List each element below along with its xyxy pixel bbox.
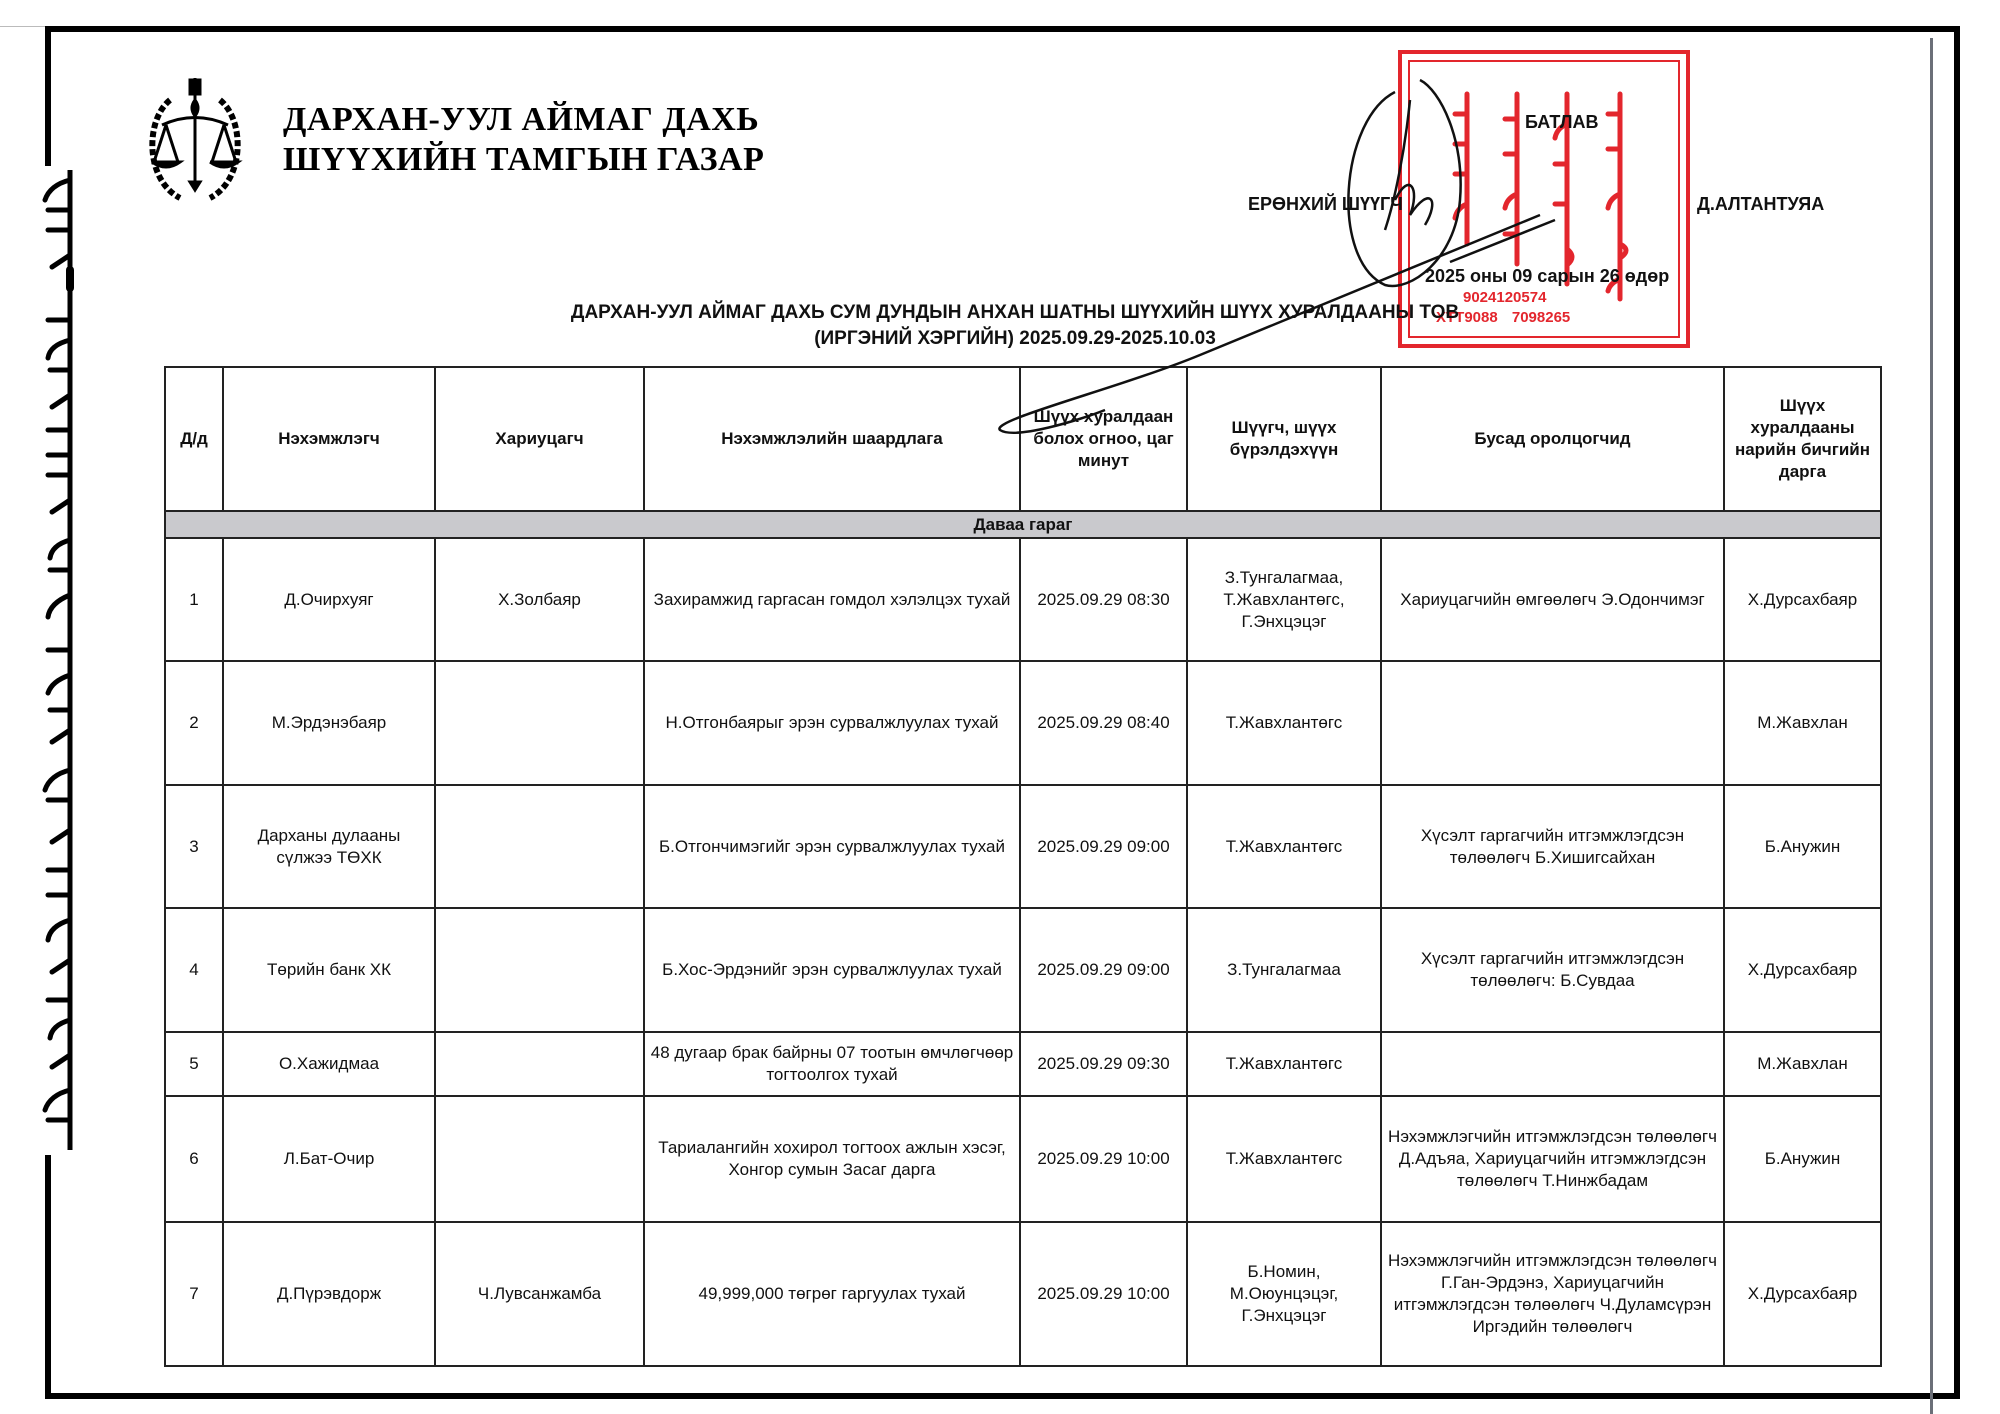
row-number: 1 bbox=[165, 538, 223, 661]
secretary-cell: М.Жавхлан bbox=[1724, 1032, 1881, 1096]
secretary-cell: Б.Анужин bbox=[1724, 785, 1881, 908]
row-number: 5 bbox=[165, 1032, 223, 1096]
defendant-cell bbox=[435, 785, 644, 908]
hearing-datetime-cell: 2025.09.29 10:00 bbox=[1020, 1096, 1187, 1222]
plaintiff-cell: Дарханы дулааны сүлжээ ТӨХК bbox=[223, 785, 435, 908]
claim-cell: Б.Хос-Эрдэнийг эрэн сурвалжлуулах тухай bbox=[644, 908, 1020, 1032]
row-number: 2 bbox=[165, 661, 223, 785]
frame-border-left-lower bbox=[45, 1155, 51, 1399]
judges-cell: З.Тунгалагмаа, Т.Жавхлантөгс, Г.Энхцэцэг bbox=[1187, 538, 1381, 661]
defendant-cell: Ч.Лувсанжамба bbox=[435, 1222, 644, 1366]
organization-name-line2: ШҮҮХИЙН ТАМГЫН ГАЗАР bbox=[283, 140, 764, 180]
other-participants-cell: Нэхэмжлэгчийн итгэмжлэгдсэн төлөөлөгч Г.… bbox=[1381, 1222, 1724, 1366]
judges-cell: Б.Номин, М.Оюунцэцэг, Г.Энхцэцэг bbox=[1187, 1222, 1381, 1366]
frame-border-right bbox=[1954, 26, 1960, 1399]
hearing-datetime-cell: 2025.09.29 10:00 bbox=[1020, 1222, 1187, 1366]
other-participants-cell: Хариуцагчийн өмгөөлөгч Э.Одончимэг bbox=[1381, 538, 1724, 661]
table-row: 6Л.Бат-ОчирТариалангийн хохирол тогтоох … bbox=[165, 1096, 1881, 1222]
row-number: 6 bbox=[165, 1096, 223, 1222]
court-scales-emblem-icon bbox=[140, 70, 250, 208]
defendant-cell bbox=[435, 1032, 644, 1096]
approver-title: ЕРӨНХИЙ ШҮҮГЧ bbox=[1248, 194, 1403, 215]
frame-border-bottom bbox=[45, 1393, 1960, 1399]
frame-border-top bbox=[45, 26, 1960, 32]
claim-cell: Захирамжид гаргасан гомдол хэлэлцэх туха… bbox=[644, 538, 1020, 661]
hearing-datetime-cell: 2025.09.29 08:30 bbox=[1020, 538, 1187, 661]
frame-border-left-upper bbox=[45, 26, 51, 166]
judges-cell: З.Тунгалагмаа bbox=[1187, 908, 1381, 1032]
row-number: 4 bbox=[165, 908, 223, 1032]
claim-cell: 48 дугаар брак байрны 07 тоотын өмчлөгчө… bbox=[644, 1032, 1020, 1096]
claim-cell: 49,999,000 төгрөг гаргуулах тухай bbox=[644, 1222, 1020, 1366]
plaintiff-cell: М.Эрдэнэбаяр bbox=[223, 661, 435, 785]
scan-edge-line bbox=[1930, 38, 1933, 1414]
other-participants-cell bbox=[1381, 661, 1724, 785]
day-label: Даваа гараг bbox=[165, 511, 1881, 538]
claim-cell: Б.Отгончимэгийг эрэн сурвалжлуулах тухай bbox=[644, 785, 1020, 908]
row-number: 7 bbox=[165, 1222, 223, 1366]
secretary-cell: Х.Дурсахбаяр bbox=[1724, 908, 1881, 1032]
table-header-row: Д/д Нэхэмжлэгч Хариуцагч Нэхэмжлэлийн ша… bbox=[165, 367, 1881, 511]
plaintiff-cell: Л.Бат-Очир bbox=[223, 1096, 435, 1222]
defendant-cell bbox=[435, 908, 644, 1032]
judges-cell: Т.Жавхлантөгс bbox=[1187, 661, 1381, 785]
approver-name: Д.АЛТАНТУЯА bbox=[1697, 194, 1824, 215]
approval-date: 2025 оны 09 сарын 26 өдөр bbox=[1425, 266, 1669, 287]
table-row: 7Д.ПүрэвдоржЧ.Лувсанжамба49,999,000 төгр… bbox=[165, 1222, 1881, 1366]
column-header-judges: Шүүгч, шүүх бүрэлдэхүүн bbox=[1187, 367, 1381, 511]
document-title: ДАРХАН-УУЛ АЙМАГ ДАХЬ СУМ ДУНДЫН АНХАН Ш… bbox=[400, 300, 1630, 352]
hearing-schedule-table: Д/д Нэхэмжлэгч Хариуцагч Нэхэмжлэлийн ша… bbox=[164, 366, 1882, 1367]
plaintiff-cell: Д.Очирхуяг bbox=[223, 538, 435, 661]
claim-cell: Н.Отгонбаярыг эрэн сурвалжлуулах тухай bbox=[644, 661, 1020, 785]
document-title-line1: ДАРХАН-УУЛ АЙМАГ ДАХЬ СУМ ДУНДЫН АНХАН Ш… bbox=[400, 300, 1630, 326]
page-edge-line bbox=[0, 26, 45, 27]
column-header-number: Д/д bbox=[165, 367, 223, 511]
other-participants-cell: Хүсэлт гаргагчийн итгэмжлэгдсэн төлөөлөг… bbox=[1381, 908, 1724, 1032]
table-row: 5О.Хажидмаа48 дугаар брак байрны 07 тоот… bbox=[165, 1032, 1881, 1096]
judges-cell: Т.Жавхлантөгс bbox=[1187, 785, 1381, 908]
plaintiff-cell: Д.Пүрэвдорж bbox=[223, 1222, 435, 1366]
defendant-cell: Х.Золбаяр bbox=[435, 538, 644, 661]
other-participants-cell: Хүсэлт гаргагчийн итгэмжлэгдсэн төлөөлөг… bbox=[1381, 785, 1724, 908]
secretary-cell: Х.Дурсахбаяр bbox=[1724, 1222, 1881, 1366]
secretary-cell: М.Жавхлан bbox=[1724, 661, 1881, 785]
column-header-datetime: Шүүх хуралдаан болох огноо, цаг минут bbox=[1020, 367, 1187, 511]
defendant-cell bbox=[435, 661, 644, 785]
hearing-datetime-cell: 2025.09.29 09:30 bbox=[1020, 1032, 1187, 1096]
secretary-cell: Х.Дурсахбаяр bbox=[1724, 538, 1881, 661]
hearing-datetime-cell: 2025.09.29 09:00 bbox=[1020, 908, 1187, 1032]
table-row: 4Төрийн банк ХКБ.Хос-Эрдэнийг эрэн сурва… bbox=[165, 908, 1881, 1032]
table-row: 3Дарханы дулааны сүлжээ ТӨХКБ.Отгончимэг… bbox=[165, 785, 1881, 908]
column-header-defendant: Хариуцагч bbox=[435, 367, 644, 511]
hearing-datetime-cell: 2025.09.29 08:40 bbox=[1020, 661, 1187, 785]
column-header-plaintiff: Нэхэмжлэгч bbox=[223, 367, 435, 511]
defendant-cell bbox=[435, 1096, 644, 1222]
organization-name: ДАРХАН-УУЛ АЙМАГ ДАХЬ ШҮҮХИЙН ТАМГЫН ГАЗ… bbox=[283, 100, 764, 180]
organization-name-line1: ДАРХАН-УУЛ АЙМАГ ДАХЬ bbox=[283, 100, 764, 140]
secretary-cell: Б.Анужин bbox=[1724, 1096, 1881, 1222]
column-header-secretary: Шүүх хуралдааны нарийн бичгийн дарга bbox=[1724, 367, 1881, 511]
table-row: 1Д.ОчирхуягХ.ЗолбаярЗахирамжид гаргасан … bbox=[165, 538, 1881, 661]
other-participants-cell bbox=[1381, 1032, 1724, 1096]
approve-label: БАТЛАВ bbox=[1525, 112, 1599, 133]
day-group-row: Даваа гараг bbox=[165, 511, 1881, 538]
table-row: 2М.ЭрдэнэбаярН.Отгонбаярыг эрэн сурвалжл… bbox=[165, 661, 1881, 785]
plaintiff-cell: Төрийн банк ХК bbox=[223, 908, 435, 1032]
other-participants-cell: Нэхэмжлэгчийн итгэмжлэгдсэн төлөөлөгч Д.… bbox=[1381, 1096, 1724, 1222]
document-title-line2: (ИРГЭНИЙ ХЭРГИЙН) 2025.09.29-2025.10.03 bbox=[400, 326, 1630, 352]
claim-cell: Тариалангийн хохирол тогтоох ажлын хэсэг… bbox=[644, 1096, 1020, 1222]
hearing-datetime-cell: 2025.09.29 09:00 bbox=[1020, 785, 1187, 908]
judges-cell: Т.Жавхлантөгс bbox=[1187, 1032, 1381, 1096]
plaintiff-cell: О.Хажидмаа bbox=[223, 1032, 435, 1096]
row-number: 3 bbox=[165, 785, 223, 908]
column-header-claim: Нэхэмжлэлийн шаардлага bbox=[644, 367, 1020, 511]
mongolian-script-vertical-text-icon bbox=[20, 170, 90, 1150]
judges-cell: Т.Жавхлантөгс bbox=[1187, 1096, 1381, 1222]
column-header-other-participants: Бусад оролцогчид bbox=[1381, 367, 1724, 511]
